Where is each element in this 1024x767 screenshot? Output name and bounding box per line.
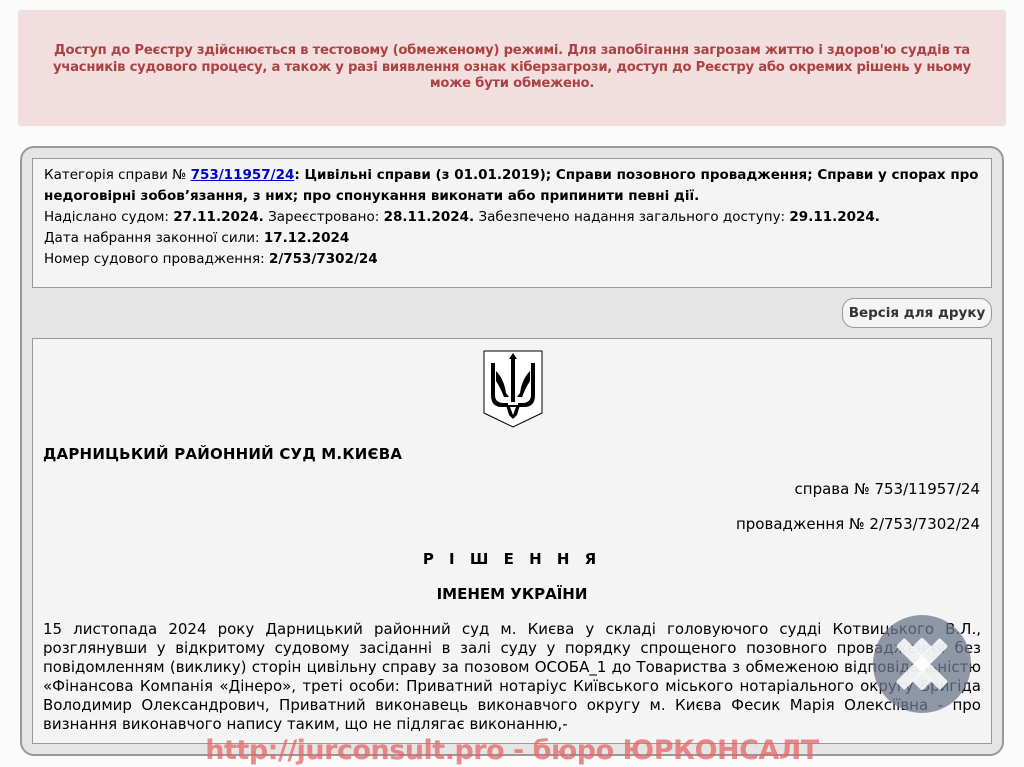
print-version-button[interactable]: Версія для друку — [842, 298, 992, 328]
public-access-label: Забезпечено надання загального доступу: — [478, 209, 785, 225]
in-the-name-of-ukraine: ІМЕНЕМ УКРАЇНИ — [33, 585, 991, 603]
decision-title: Р І Ш Е Н Н Я — [33, 550, 991, 568]
category-label: Категорія справи № — [44, 167, 186, 183]
case-info-panel: Категорія справи № 753/11957/24: Цивільн… — [32, 158, 992, 288]
registered-value: 28.11.2024. — [384, 209, 475, 225]
trident-coat-of-arms-icon — [482, 349, 544, 429]
access-notice-banner: Доступ до Реєстру здійснюється в тестово… — [18, 10, 1006, 126]
access-notice-text: Доступ до Реєстру здійснюється в тестово… — [34, 43, 990, 93]
legal-force-date: Дата набрання законної сили: 17.12.2024 — [44, 228, 980, 249]
court-name: ДАРНИЦЬКИЙ РАЙОННИЙ СУД М.КИЄВА — [43, 445, 402, 463]
sent-label: Надіслано судом: — [44, 209, 169, 225]
legal-force-value: 17.12.2024 — [264, 230, 349, 246]
watermark-badge-icon — [873, 615, 971, 713]
proceeding-value: 2/753/7302/24 — [269, 251, 378, 267]
registered-label: Зареєстровано: — [268, 209, 379, 225]
proceeding-number: Номер судового провадження: 2/753/7302/2… — [44, 249, 980, 270]
decision-body-text: 15 листопада 2024 року Дарницький районн… — [43, 620, 981, 734]
public-access-value: 29.11.2024. — [789, 209, 880, 225]
case-dates: Надіслано судом: 27.11.2024. Зареєстрова… — [44, 207, 980, 228]
sent-value: 27.11.2024. — [173, 209, 264, 225]
proceeding-label: Номер судового провадження: — [44, 251, 265, 267]
watermark-text: http://jurconsult.pro - бюро ЮРКОНСАЛТ — [0, 734, 1024, 767]
case-category: Категорія справи № 753/11957/24: Цивільн… — [44, 165, 980, 207]
case-number-line: справа № 753/11957/24 — [795, 480, 980, 498]
case-number-link[interactable]: 753/11957/24 — [191, 167, 295, 183]
legal-force-label: Дата набрання законної сили: — [44, 230, 260, 246]
decision-document: ДАРНИЦЬКИЙ РАЙОННИЙ СУД М.КИЄВА справа №… — [32, 338, 992, 744]
proceeding-number-line: провадження № 2/753/7302/24 — [736, 515, 980, 533]
